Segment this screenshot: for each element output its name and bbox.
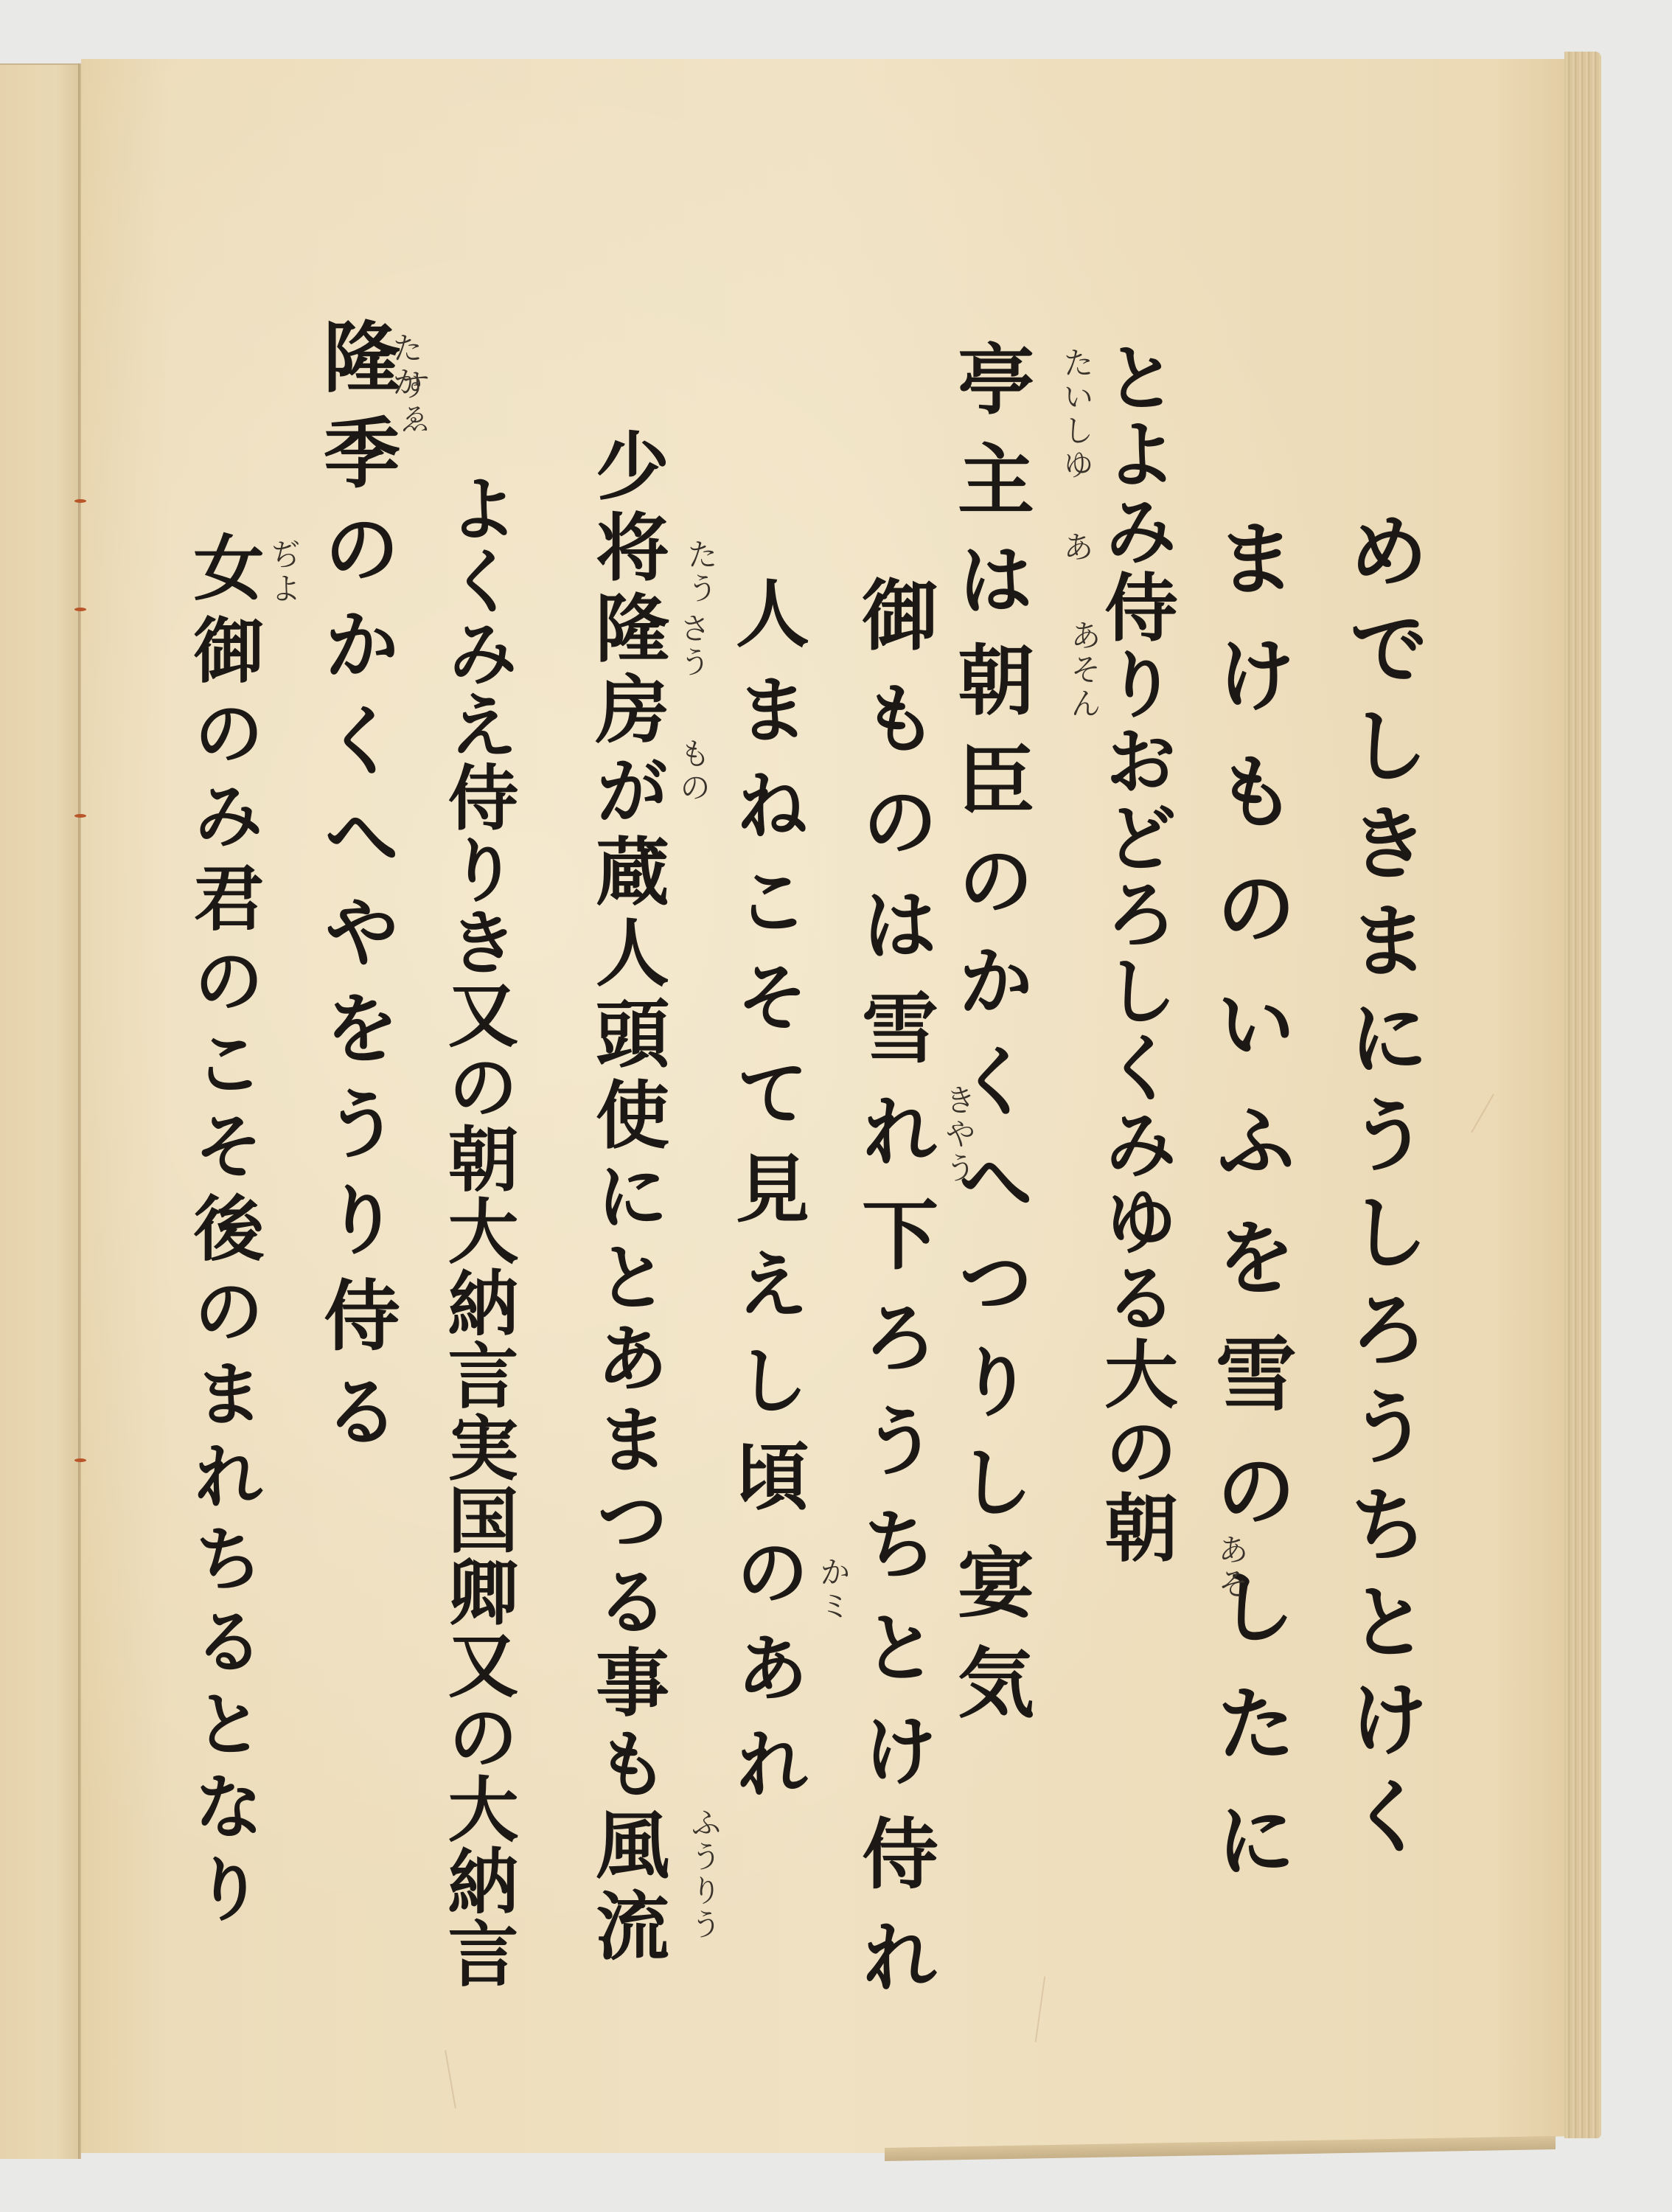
text-column-4: 亭主は朝臣のかくへつりし宴気 <box>951 339 1028 1743</box>
text-column-9: 隆季のかくへやをうり侍る <box>317 317 394 1467</box>
ruby-annotation: あそん <box>1062 619 1106 721</box>
gutter-fold <box>78 63 81 2159</box>
paper-fiber <box>1035 1976 1046 2042</box>
binding-stitch <box>74 608 86 611</box>
text-column-8: よくみえ侍りき又の朝大納言実国卿又の大納言 <box>442 472 513 1989</box>
ruby-annotation: さう <box>671 612 715 680</box>
paper-fiber <box>1471 1094 1494 1133</box>
binding-stitch <box>74 499 86 503</box>
paper-fiber <box>445 2050 456 2108</box>
ruby-annotation: ぢよ <box>262 538 306 606</box>
ruby-annotation: かミ <box>811 1556 855 1624</box>
left-page-edge <box>0 63 80 2159</box>
ruby-annotation: たう <box>678 538 722 606</box>
text-column-10: 女御のみ君のこそ後のまれちるとなり <box>188 531 259 1935</box>
ruby-annotation: たいしゆ <box>1054 347 1098 482</box>
text-column-2: まけものいふを雪のしたに <box>1209 516 1290 1914</box>
text-column-3: とよみ侍りおどろしくみゆる大の朝 <box>1098 339 1172 1566</box>
text-column-6: 人まねこそて見えし頃のあれ <box>730 575 804 1821</box>
binding-stitch <box>74 814 86 818</box>
ruby-annotation: すゑ <box>391 369 435 437</box>
binding-stitch <box>74 1458 86 1462</box>
text-column-5: 御ものは雪れ下ろうちとけ侍れ <box>855 575 932 2020</box>
ruby-annotation: あそ <box>1209 1534 1253 1601</box>
ruby-annotation: もの <box>671 737 715 805</box>
ruby-annotation: ふうりう <box>682 1806 726 1942</box>
text-column-1: めでしきまにうしろうちとけく <box>1342 509 1423 1871</box>
book-spread: めでしきまにうしろうちとけく まけものいふを雪のしたに とよみ侍りおどろしくみゆ… <box>0 0 1672 2212</box>
fore-edge <box>1564 52 1601 2138</box>
ruby-annotation: きやう <box>936 1084 980 1186</box>
ruby-annotation: あ <box>1054 531 1098 565</box>
text-column-7: 少将隆房が蔵人頭使にとあまつる事も風流 <box>590 428 663 1969</box>
